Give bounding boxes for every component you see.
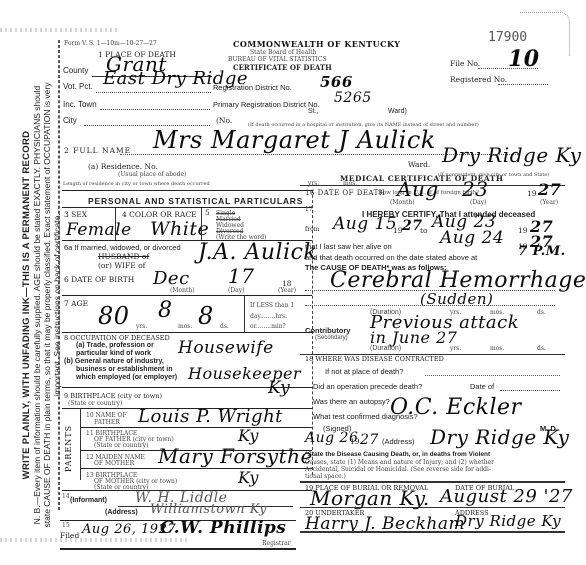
last-saw-value: Aug 24 [440,228,504,248]
age-mos-label: mos. [178,323,192,330]
registered-no-line [498,84,548,85]
date-of-death-label: 16 DATE OF DEATH [305,189,385,197]
divider-vertical [244,296,245,332]
secondary-label: (Secondary) [315,335,348,341]
registrar-label: Registrar [262,540,291,547]
age-months: 8 [158,298,173,323]
primary-registration-value: 5265 [334,90,372,106]
month-label: (Month) [170,287,195,294]
to-label: to [420,226,428,235]
duration2-yrs: yrs. [450,345,461,352]
undertaker-address-value: Dry Ridge Ky [455,512,561,530]
cert-number: 17 [305,206,313,213]
bureau-title: BUREAU OF VITAL STATISTICS [228,56,327,63]
side-instruction-title: WRITE PLAINLY, WITH UNFADING INK—THIS IS… [22,60,32,550]
contributory-label: Contributory [305,326,350,335]
age-yrs-label: yrs. [136,323,147,330]
informant-number: 14 [62,493,70,500]
side-instruction-line: state CAUSE OF DEATH in plain terms, so … [42,60,52,550]
registrar-signature: C.W. Phillips [160,518,286,538]
registration-district-value: 566 [320,73,353,91]
footnote-2: Causes, state (1) Means and nature of In… [305,459,494,466]
age-ds-label: ds. [220,323,229,330]
death-year-label: (Year) [540,199,558,206]
not-at-place-label: If not at place of death? [325,367,403,376]
duration2-ds: ds. [537,345,546,352]
autopsy-label: Was there an autopsy? [313,397,390,406]
less-than-label: If LESS than 1 [250,302,294,309]
not-at-place-line [425,375,560,376]
father-name-label-1: 10 NAME OF [86,412,127,419]
primary-registration-label: Primary Registration District No. [213,100,320,109]
informant-address-label: (Address) [105,509,138,516]
day-label: (Day) [228,287,244,294]
file-no-label: File No. [450,59,480,68]
duration2-label: (Duration) [370,345,401,352]
trade-label-1: (a) Trade, profession or [76,342,154,349]
operation-line [500,390,560,391]
divider [300,531,565,533]
footnote-4: tional space.) [305,473,346,480]
marital-label: 5 [205,208,210,217]
inc-town-line [100,109,210,110]
county-label: County [63,66,88,75]
or-min-label: or........min? [250,323,286,330]
occurred-label: and that death occurred on the date stat… [305,253,477,262]
vot-pct-label: Vot. Pct. [63,82,93,91]
birthplace-label: 9 BIRTHPLACE (city or town) [64,392,162,400]
industry-label-1: (b) General nature of industry, [64,358,164,365]
divider [60,548,296,550]
trade-value: Housewife [178,338,274,358]
age-days: 8 [198,302,214,330]
divider-vertical [201,208,202,240]
trade-label-2: particular kind of work [76,350,151,357]
informant-label: (Informant) [70,497,107,504]
signed-year-prefix: 19 [350,437,360,446]
year-label: (Year) [278,287,296,294]
age-label: 7 AGE [64,299,88,308]
cause-line-2 [305,305,555,306]
death-month: Aug [397,177,439,201]
sex-value: Female [66,220,132,240]
age-years: 80 [98,302,130,330]
divider [62,207,312,208]
registration-district-label: Registration District No. [213,83,292,92]
birth-month: Dec [153,268,190,289]
city-label: City [63,116,77,125]
death-certificate: WRITE PLAINLY, WITH UNFADING INK—THIS IS… [0,0,586,565]
birth-day: 17 [228,264,254,288]
scan-noise [0,28,120,32]
footnote-1: *State the Disease Causing Death, or, in… [305,451,490,458]
death-day: 23 [462,177,488,201]
medical-address-label: (Address) [382,437,415,446]
mother-name-value: Mary Forsythe [158,444,313,468]
from-label: from [305,226,319,233]
full-name-value: Mrs Margaret J Aulick [153,126,436,154]
side-instruction-line: N. B.—Every item of information should b… [32,60,42,550]
divider [62,332,312,333]
industry-label-2: business or establishment in [76,366,172,373]
mother-name-label-2: OF MOTHER [94,460,134,467]
file-no-value: 10 [508,46,540,72]
divider [62,190,312,191]
birthplace-sublabel: (State or country) [68,400,122,407]
father-name-label-2: FATHER [94,419,120,426]
signed-year: 27 [360,432,379,448]
spouse-value: J.A. Aulick [198,240,317,265]
no-label: (No. [216,116,232,125]
informant-address-value: Williamstown Ky [150,502,267,517]
husband-label: HUSBAND of [98,252,149,261]
death-day-label: (Day) [470,199,486,206]
divider [62,295,312,296]
divider-vertical [115,208,116,240]
father-birthplace-value: Ky [238,426,259,445]
from-value: Aug 15 [333,214,397,234]
death-year: 27 [538,180,561,199]
divider [80,468,312,469]
commonwealth-title: COMMONWEALTH OF KENTUCKY [233,39,400,49]
filed-number: 15 [62,522,70,529]
duration2-mos: mos. [490,345,504,352]
divider [300,507,565,508]
burial-date-value: August 29 '27 [440,486,573,507]
personal-section-title: PERSONAL AND STATISTICAL PARTICULARS [88,196,303,206]
birthplace-value: Ky [268,378,290,398]
duration-ds: ds. [537,309,546,316]
father-name-value: Louis P. Wright [138,406,283,427]
sex-label: 3 SEX [64,210,87,219]
father-birthplace-label-3: (State or country) [94,442,148,449]
death-month-label: (Month) [390,199,415,206]
physician-signature: O.C. Eckler [390,395,522,420]
divider [80,427,312,428]
occurred-time: 7 P.M. [518,244,566,259]
date-of-label: Date of [470,382,494,391]
residence-ward-label: Ward. [408,160,430,169]
divider-vertical [80,408,81,480]
wife-label: (or) WIFE of [98,261,145,270]
residence-sublabel: (Usual place of abode) [118,171,186,178]
registered-no-label: Registered No. [450,75,507,84]
to-year-prefix: 19 [518,226,528,235]
parents-label: PARENTS [64,425,73,472]
spouse-label: 6a If married, widowed, or divorced [64,243,181,252]
day-hrs-label: day........hrs. [250,313,287,320]
birth-label: 6 DATE OF BIRTH [64,275,134,284]
death-year-prefix: 19 [527,189,537,198]
mother-birthplace-value: Ky [238,468,259,487]
industry-label-3: which employed (or employer) [76,374,177,381]
ward-label-top: Ward) [388,108,407,115]
residence-label: (a) Residence. No. [88,162,158,171]
occupation-label: 8 OCCUPATION OF DECEASED [64,334,170,342]
divider [300,481,565,483]
inc-town-label: Inc. Town [63,100,97,109]
filed-label: Filed [60,531,79,540]
last-saw-label: that I last saw her alive on [305,242,392,251]
length-residence-label: Length of residence in city or town wher… [63,181,210,187]
residence-value: Dry Ridge Ky [442,143,581,167]
contracted-label: 18 WHERE WAS DISEASE CONTRACTED [305,355,444,363]
form-number: Form V. S. 1—10m—10-27—27 [64,40,157,47]
st-label: St., [308,108,319,115]
operation-label: Did an operation precede death? [313,382,422,391]
vot-pct-line [96,92,211,93]
left-border [58,40,60,510]
footnote-3: Accidental, Suicidal or Homicidal. (See … [305,466,491,473]
medical-address-value: Dry Ridge Ky [430,425,569,449]
board-of-health: State Board of Health [250,49,316,56]
